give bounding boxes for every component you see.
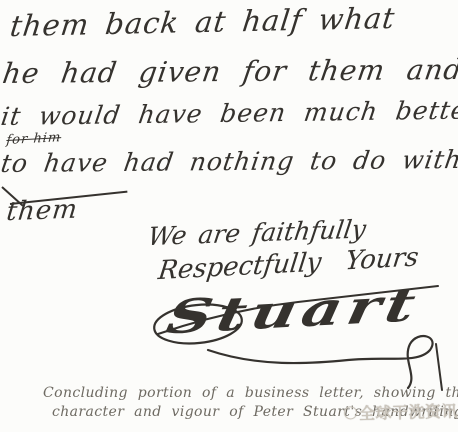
- handwriting-line-2: he had given for them and: [1, 56, 458, 88]
- caption-line-1: Concluding portion of a business letter,…: [43, 385, 458, 401]
- handwriting-line-3: it would have been much better: [0, 97, 458, 129]
- watermark-text: 全球干洗资讯: [359, 399, 458, 425]
- closing-line-1: We are faithfully: [146, 216, 367, 249]
- handwriting-line-4: to have had nothing to do with: [0, 147, 458, 176]
- watermark-logo-icon: [344, 406, 357, 419]
- scanned-letter-page: them back at half what he had given for …: [0, 0, 458, 432]
- handwriting-insertion-for-him: for him: [6, 131, 62, 147]
- handwriting-line-1: them back at half what: [9, 4, 397, 41]
- signature-flourish-icon: [118, 272, 458, 397]
- watermark: 全球干洗资讯: [344, 399, 458, 425]
